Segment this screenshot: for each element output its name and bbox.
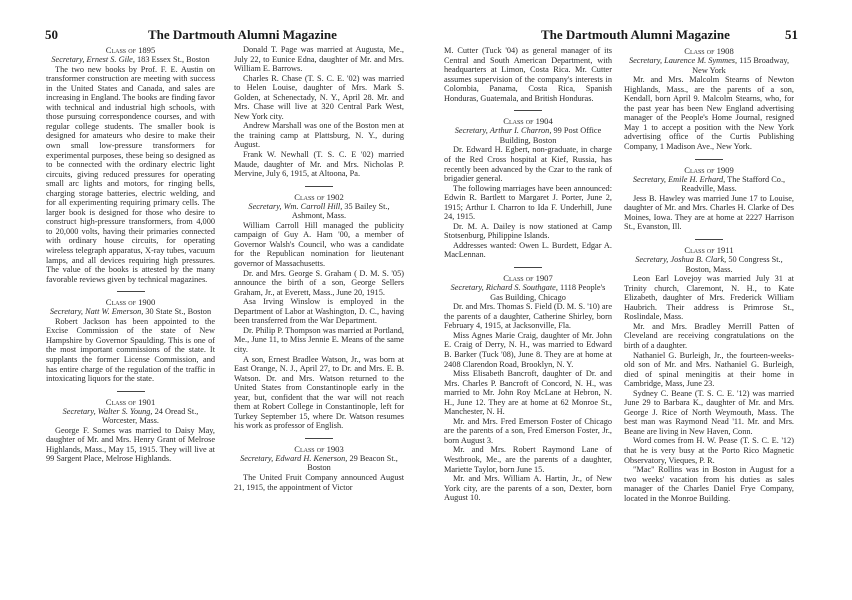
class-heading: Class of 1907: [444, 273, 612, 283]
section-divider: [117, 291, 145, 292]
secretary-name: Ernest S. Gile,: [87, 55, 135, 64]
paragraph: Miss Agnes Marie Craig, daughter of Mr. …: [444, 331, 612, 369]
page-number-right: 51: [785, 27, 798, 43]
paragraph: Dr. Philip P. Thompson was married at Po…: [234, 326, 404, 355]
section-divider: [305, 186, 333, 187]
column-left-1: Class of 1895 Secretary, Ernest S. Gile,…: [46, 45, 215, 464]
paragraph: Mr. and Mrs. Robert Raymond Lane of West…: [444, 445, 612, 474]
secretary-line: Secretary, Walter S. Young, 24 Oread St.…: [46, 407, 215, 426]
class-section-1909: Class of 1909 Secretary, Emile H. Erhard…: [624, 165, 794, 232]
section-divider: [514, 267, 542, 268]
page-number-left: 50: [45, 27, 58, 43]
paragraph: Mr. and Mrs. William A. Hartin, Jr., of …: [444, 474, 612, 503]
secretary-line: Secretary, Edward H. Kenerson, 29 Beacon…: [234, 454, 404, 473]
column-right-1: M. Cutter (Tuck '04) as general manager …: [444, 46, 612, 503]
secretary-name: Walter S. Young,: [98, 407, 153, 416]
class-heading: Class of 1904: [444, 116, 612, 126]
secretary-label: Secretary,: [50, 307, 83, 316]
continued-section-1895: Donald T. Page was married at Augusta, M…: [234, 45, 404, 179]
continued-section-1903: M. Cutter (Tuck '04) as general manager …: [444, 46, 612, 103]
secretary-label: Secretary,: [240, 454, 273, 463]
secretary-label: Secretary,: [635, 255, 668, 264]
class-heading: Class of 1900: [46, 297, 215, 307]
secretary-address: 183 Essex St., Boston: [137, 55, 210, 64]
section-divider: [695, 239, 723, 240]
secretary-name: Wm. Carroll Hill,: [284, 202, 343, 211]
class-heading: Class of 1908: [624, 46, 794, 56]
running-head-left: The Dartmouth Alumni Magazine: [148, 27, 337, 43]
secretary-name: Edward H. Kenerson,: [275, 454, 347, 463]
paragraph: Nathaniel G. Burleigh, Jr., the fourteen…: [624, 351, 794, 389]
class-section-1895: Class of 1895 Secretary, Ernest S. Gile,…: [46, 45, 215, 284]
secretary-name: Natt W. Emerson,: [85, 307, 143, 316]
section-divider: [305, 438, 333, 439]
secretary-label: Secretary,: [63, 407, 96, 416]
paragraph: The United Fruit Company announced Augus…: [234, 473, 404, 492]
secretary-name: Arthur I. Charron,: [490, 126, 551, 135]
paragraph: William Carroll Hill managed the publici…: [234, 221, 404, 269]
paragraph: Robert Jackson has been appointed to the…: [46, 317, 215, 384]
paragraph: Dr. and Mrs. George S. Graham ( D. M. S.…: [234, 269, 404, 298]
paragraph: Word comes from H. W. Pease (T. S. C. E.…: [624, 436, 794, 465]
paragraph: Mr. and Mrs. Malcolm Stearns of Newton H…: [624, 75, 794, 151]
secretary-label: Secretary,: [51, 55, 84, 64]
secretary-line: Secretary, Ernest S. Gile, 183 Essex St.…: [46, 55, 215, 65]
paragraph: Dr. and Mrs. Thomas S. Field (D. M. S. '…: [444, 302, 612, 331]
left-page: 50 The Dartmouth Alumni Magazine Class o…: [0, 0, 426, 600]
secretary-label: Secretary,: [248, 202, 281, 211]
secretary-line: Secretary, Joshua B. Clark, 50 Congress …: [624, 255, 794, 274]
secretary-label: Secretary,: [451, 283, 484, 292]
section-divider: [695, 159, 723, 160]
class-section-1903: Class of 1903 Secretary, Edward H. Kener…: [234, 444, 404, 492]
section-divider: [514, 110, 542, 111]
secretary-line: Secretary, Wm. Carroll Hill, 35 Bailey S…: [234, 202, 404, 221]
paragraph: "Mac" Rollins was in Boston in August fo…: [624, 465, 794, 503]
paragraph: Charles R. Chase (T. S. C. E. '02) was m…: [234, 74, 404, 122]
section-divider: [117, 391, 145, 392]
paragraph: Frank W. Newhall (T. S. C. E '02) marrie…: [234, 150, 404, 179]
paragraph: Addresses wanted: Owen L. Burdett, Edgar…: [444, 241, 612, 260]
paragraph: Mr. and Mrs. Bradley Merrill Patten of C…: [624, 322, 794, 351]
paragraph: A son, Ernest Bradlee Watson, Jr., was b…: [234, 355, 404, 431]
secretary-name: Joshua B. Clark,: [670, 255, 726, 264]
class-heading: Class of 1901: [46, 397, 215, 407]
secretary-name: Richard S. Southgate,: [486, 283, 558, 292]
class-heading: Class of 1903: [234, 444, 404, 454]
class-heading: Class of 1902: [234, 192, 404, 202]
paragraph: Andrew Marshall was one of the Boston me…: [234, 121, 404, 150]
class-heading: Class of 1895: [46, 45, 215, 55]
paragraph: The two new books by Prof. F. E. Austin …: [46, 65, 215, 285]
paragraph: Sydney C. Beane (T. S. C. E. '12) was ma…: [624, 389, 794, 437]
paragraph: M. Cutter (Tuck '04) as general manager …: [444, 46, 612, 103]
secretary-line: Secretary, Laurence M. Symmes, 115 Broad…: [624, 56, 794, 75]
secretary-label: Secretary,: [455, 126, 488, 135]
paragraph: George F. Somes was married to Daisy May…: [46, 426, 215, 464]
paragraph: Donald T. Page was married at Augusta, M…: [234, 45, 404, 74]
class-heading: Class of 1911: [624, 245, 794, 255]
class-section-1911: Class of 1911 Secretary, Joshua B. Clark…: [624, 245, 794, 503]
paragraph: Jess B. Hawley was married June 17 to Lo…: [624, 194, 794, 232]
secretary-line: Secretary, Arthur I. Charron, 99 Post Of…: [444, 126, 612, 145]
paragraph: Dr. Edward H. Egbert, non-graduate, in c…: [444, 145, 612, 183]
secretary-label: Secretary,: [629, 56, 662, 65]
paragraph: Mr. and Mrs. Fred Emerson Foster of Chic…: [444, 417, 612, 446]
secretary-line: Secretary, Emile H. Erhard, The Stafford…: [624, 175, 794, 194]
secretary-label: Secretary,: [633, 175, 666, 184]
secretary-address: 30 State St., Boston: [145, 307, 211, 316]
right-page: The Dartmouth Alumni Magazine 51 M. Cutt…: [426, 0, 852, 600]
class-heading: Class of 1909: [624, 165, 794, 175]
paragraph: Miss Elisabeth Bancroft, daughter of Dr.…: [444, 369, 612, 417]
running-head-right: The Dartmouth Alumni Magazine: [541, 27, 730, 43]
class-section-1904: Class of 1904 Secretary, Arthur I. Charr…: [444, 116, 612, 260]
class-section-1902: Class of 1902 Secretary, Wm. Carroll Hil…: [234, 192, 404, 431]
paragraph: Asa Irving Winslow is employed in the De…: [234, 297, 404, 326]
paragraph: Dr. M. A. Dailey is now stationed at Cam…: [444, 222, 612, 241]
paragraph: Leon Earl Lovejoy was married July 31 at…: [624, 274, 794, 322]
paragraph: The following marriages have been announ…: [444, 184, 612, 222]
class-section-1908: Class of 1908 Secretary, Laurence M. Sym…: [624, 46, 794, 152]
class-section-1901: Class of 1901 Secretary, Walter S. Young…: [46, 397, 215, 464]
secretary-name: Emile H. Erhard,: [668, 175, 725, 184]
secretary-line: Secretary, Natt W. Emerson, 30 State St.…: [46, 307, 215, 317]
column-right-2: Class of 1908 Secretary, Laurence M. Sym…: [624, 46, 794, 503]
column-left-2: Donald T. Page was married at Augusta, M…: [234, 45, 404, 492]
secretary-line: Secretary, Richard S. Southgate, 1118 Pe…: [444, 283, 612, 302]
class-section-1907: Class of 1907 Secretary, Richard S. Sout…: [444, 273, 612, 503]
class-section-1900: Class of 1900 Secretary, Natt W. Emerson…: [46, 297, 215, 383]
secretary-name: Laurence M. Symmes,: [664, 56, 737, 65]
